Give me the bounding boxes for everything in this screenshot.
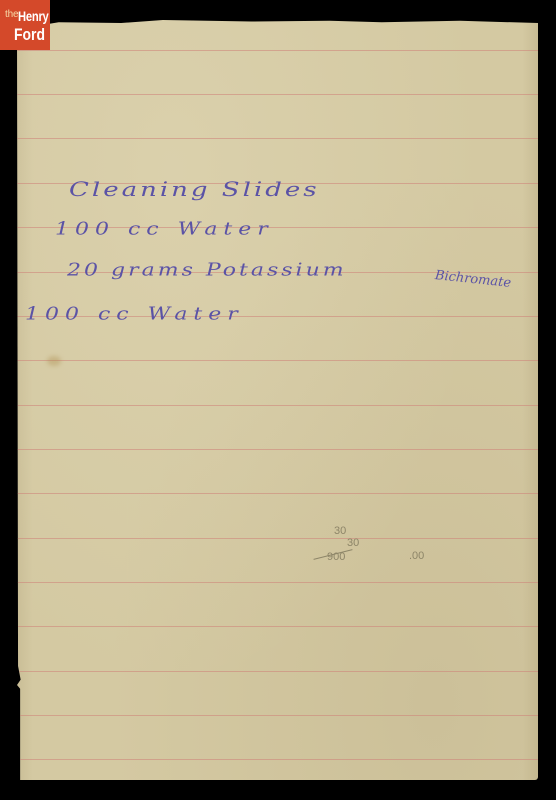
pencil-side-number: .00 [409,550,424,562]
ruled-line [17,582,538,583]
handwritten-line: 20 grams Potassium [67,261,347,281]
ruled-line [17,405,538,406]
ruled-line [17,715,538,716]
henry-ford-logo: the Henry Ford [0,0,50,50]
ruled-line [17,138,538,139]
paper-stain [47,356,61,366]
logo-henry: Henry [18,8,49,24]
handwritten-line: 100 cc Water [55,220,274,240]
ruled-line [17,626,538,627]
ruled-paper-sheet: Cleaning Slides 100 cc Water 20 grams Po… [17,20,538,780]
handwritten-title: Cleaning Slides [69,179,320,202]
ruled-line [17,493,538,494]
ruled-line [17,94,538,95]
pencil-number: 30 [347,537,359,549]
ruled-line [17,449,538,450]
ruled-line [17,50,538,51]
logo-the: the [5,9,18,20]
ruled-line [17,759,538,760]
pencil-result: 900 [327,551,345,563]
ruled-line [17,360,538,361]
handwritten-line: 100 cc Water [25,305,244,325]
ruled-line [17,538,538,539]
pencil-number: 30 [334,525,346,537]
logo-ford: Ford [14,25,45,45]
ruled-line [17,671,538,672]
